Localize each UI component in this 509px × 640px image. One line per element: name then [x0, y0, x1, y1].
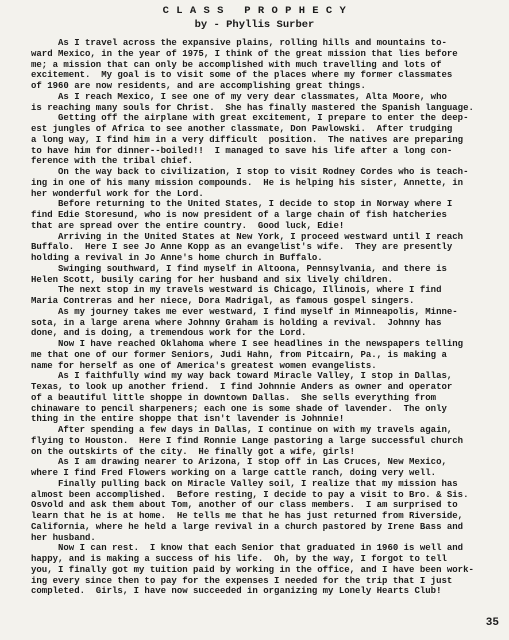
paragraph: Arriving in the United States at New Yor… [31, 232, 497, 264]
document-header: C L A S S P R O P H E C Y by - Phyllis S… [0, 5, 509, 32]
paragraph: Finally pulling back on Miracle Valley s… [31, 479, 497, 544]
document-page: C L A S S P R O P H E C Y by - Phyllis S… [0, 0, 509, 640]
paragraph: The next stop in my travels westward is … [31, 285, 497, 307]
paragraph: Getting off the airplane with great exci… [31, 113, 497, 167]
paragraph: On the way back to civilization, I stop … [31, 167, 497, 199]
document-byline: by - Phyllis Surber [0, 19, 509, 33]
paragraph: As I reach Mexico, I see one of my very … [31, 92, 497, 114]
page-number: 35 [486, 617, 499, 629]
document-title: C L A S S P R O P H E C Y [0, 5, 509, 19]
paragraph: As my journey takes me ever westward, I … [31, 307, 497, 339]
document-body: As I travel across the expansive plains,… [31, 38, 497, 597]
paragraph: Before returning to the United States, I… [31, 199, 497, 231]
paragraph: Now I can rest. I know that each Senior … [31, 543, 497, 597]
paragraph: Swinging southward, I find myself in Alt… [31, 264, 497, 286]
paragraph: As I faithfully wind my way back toward … [31, 371, 497, 425]
paragraph: As I am drawing nearer to Arizona, I sto… [31, 457, 497, 479]
paragraph: Now I have reached Oklahoma where I see … [31, 339, 497, 371]
paragraph: As I travel across the expansive plains,… [31, 38, 497, 92]
paragraph: After spending a few days in Dallas, I c… [31, 425, 497, 457]
